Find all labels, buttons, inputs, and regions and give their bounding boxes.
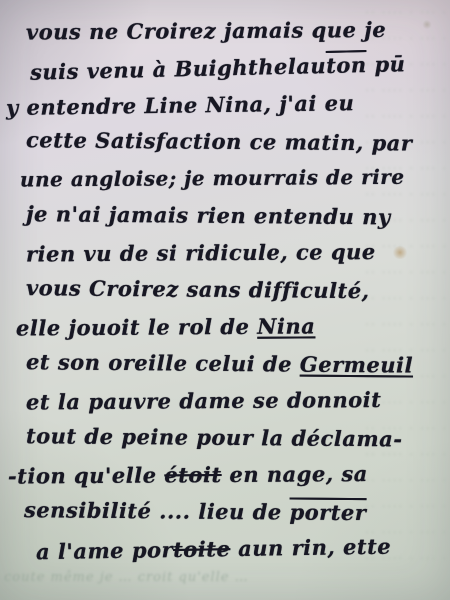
manuscript-word: cette Satisfaction ce matin, par: [26, 127, 413, 155]
bleed-through-text: coute même je … croit qu'elle …: [4, 570, 249, 585]
manuscript-line: et la pauvre dame se donnoit: [26, 381, 444, 421]
manuscript-word: et son oreille celui de: [26, 349, 300, 376]
manuscript-line: sensibilité .... lieu de porter: [24, 491, 444, 532]
manuscript-line: cette Satisfaction ce matin, par: [26, 121, 444, 162]
manuscript-word: une angloise; je mourrais de rire: [20, 165, 405, 192]
manuscript-word-overline: porter: [289, 499, 366, 525]
manuscript-word: aun rin, ette: [230, 534, 391, 562]
manuscript-line: -tion qu'elle étoit en nage, sa: [8, 454, 444, 494]
manuscript-line: tout de peine pour la déclama-: [26, 417, 444, 458]
manuscript-word: -tion qu'elle: [8, 462, 165, 488]
manuscript-word: vous ne Croirez jamais que je: [26, 17, 386, 45]
manuscript-line: rien vu de si ridicule, ce que: [26, 233, 444, 273]
manuscript-word: y entendre Line Nina, j'ai eu: [6, 90, 355, 120]
manuscript-word-strike: étoit: [164, 462, 221, 487]
manuscript-word: vous Croirez sans difficulté,: [26, 275, 370, 303]
manuscript-line: je n'ai jamais rien entendu ny: [26, 195, 444, 236]
manuscript-word: sensibilité .... lieu de: [24, 497, 290, 524]
manuscript-word-overline: ton: [326, 52, 367, 78]
manuscript-photo: ·· ···· · ··· · ·· ···· · ··· · ·· ···· …: [0, 0, 450, 600]
manuscript-line: et son oreille celui de Germeuil: [26, 343, 444, 384]
manuscript-word-underline: Germeuil: [300, 352, 413, 378]
manuscript-word: pū: [366, 51, 405, 77]
manuscript-word: suis venu à Buighthelau: [30, 53, 327, 85]
manuscript-line: y entendre Line Nina, j'ai eu: [6, 83, 444, 126]
manuscript-line: a l'ame portoite aun rin, ette: [36, 527, 445, 570]
manuscript-word: rien vu de si ridicule, ce que: [26, 239, 376, 266]
manuscript-word: je n'ai jamais rien entendu ny: [26, 201, 391, 229]
manuscript-line: une angloise; je mourrais de rire: [20, 159, 444, 199]
manuscript-word: et la pauvre dame se donnoit: [26, 387, 382, 414]
manuscript-word: elle jouoit le rol de: [16, 314, 257, 341]
manuscript-text: vous ne Croirez jamais que jesuis venu à…: [0, 6, 450, 567]
manuscript-line: vous ne Croirez jamais que je: [26, 11, 444, 51]
manuscript-word: en nage, sa: [222, 461, 368, 487]
manuscript-word: a l'ame por: [36, 537, 173, 564]
manuscript-line: vous Croirez sans difficulté,: [26, 269, 444, 310]
manuscript-word-strike: toite: [173, 536, 231, 562]
manuscript-word: tout de peine pour la déclama-: [26, 423, 403, 451]
manuscript-line: elle jouoit le rol de Nina: [16, 307, 444, 347]
manuscript-word-underline: Nina: [257, 313, 315, 338]
